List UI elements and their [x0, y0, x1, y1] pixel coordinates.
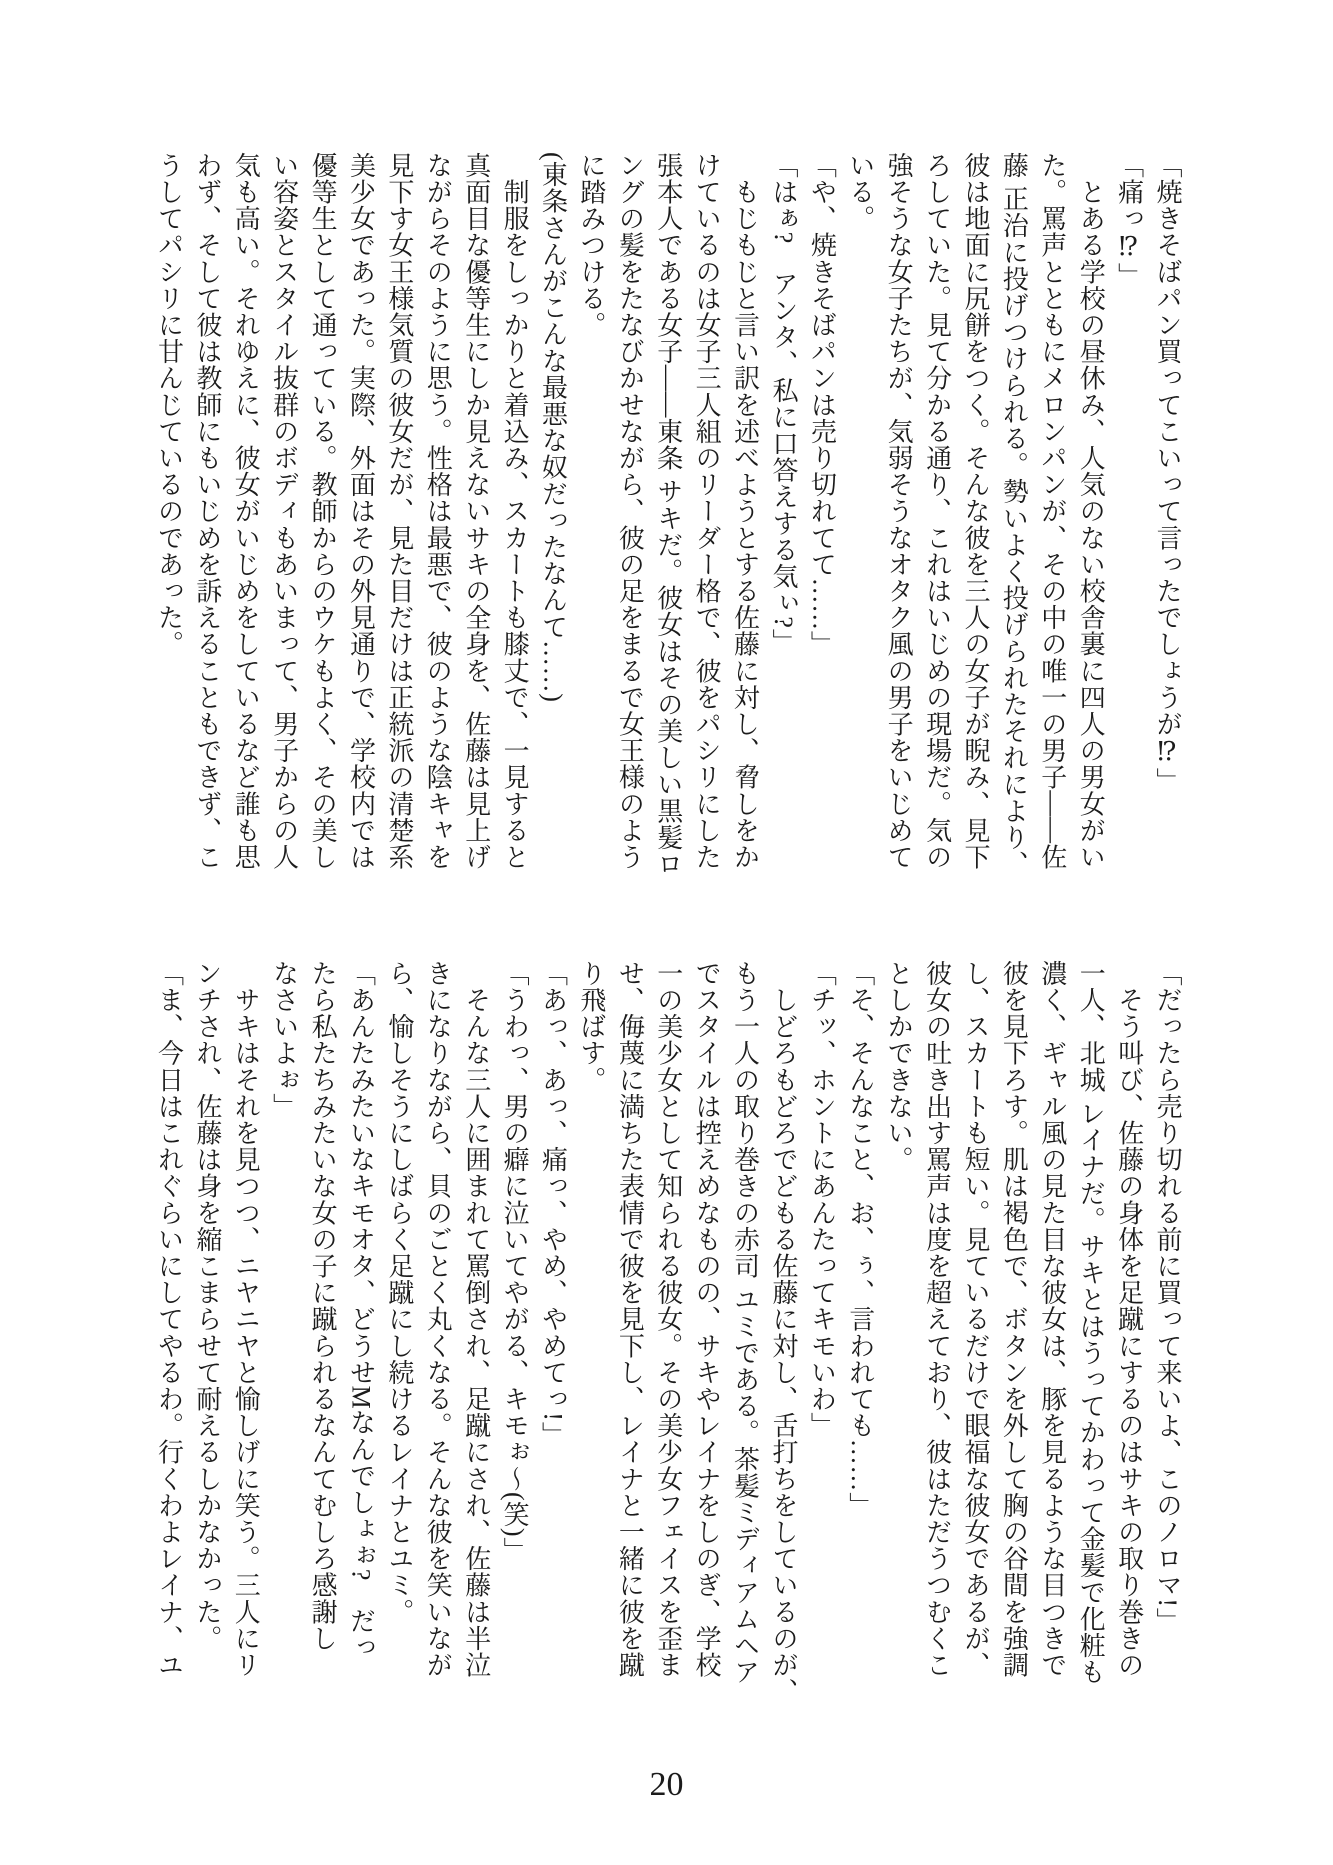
text-column: 「そ、そんなこと、お、ぅ、言われても……」 [840, 960, 878, 1708]
text-column: そんな三人に囲まれて罵倒され、足蹴にされ、佐藤は半泣 [456, 960, 494, 1708]
text-column: 「うわっ、男の癖に泣いてやがる、キモぉ〜(笑)」 [495, 960, 533, 1708]
text-column: い容姿とスタイル抜群のボディもあいまって、男子からの人 [264, 152, 302, 900]
text-column: 強そうな女子たちが、気弱そうなオタク風の男子をいじめて [879, 152, 917, 900]
text-column: でスタイルは控えめなものの、サキやレイナをしのぎ、学校 [687, 960, 725, 1708]
text-column: としかできない。 [879, 960, 917, 1708]
text-column: 藤 正治に投げつけられる。勢いよく投げられたそれにより、 [994, 152, 1032, 900]
text-column: もう一人の取り巻きの赤司 ユミである。茶髪ミディアムヘア [725, 960, 763, 1708]
text-column: ら、愉しそうにしばらく足蹴にし続けるレイナとユミ。 [379, 960, 417, 1708]
text-column: もじもじと言い訳を述べようとする佐藤に対し、脅しをか [725, 152, 763, 900]
text-column: 制服をしっかりと着込み、スカートも膝丈で、一見すると [495, 152, 533, 900]
text-column: 彼女の吐き出す罵声は度を超えており、彼はただうつむくこ [917, 960, 955, 1708]
text-column: わず、そして彼は教師にもいじめを訴えることもできず、こ [187, 152, 225, 900]
text-column: せ、侮蔑に満ちた表情で彼を見下し、レイナと一緒に彼を蹴 [610, 960, 648, 1708]
text-column: ながらそのように思う。性格は最悪で、彼のような陰キャを [418, 152, 456, 900]
text-column: 「焼きそばパン買ってこいって言ったでしょうが⁉」 [1148, 152, 1186, 900]
text-column: ングの髪をたなびかせながら、彼の足をまるで女王様のよう [610, 152, 648, 900]
text-column: に踏みつける。 [572, 152, 610, 900]
text-column: た。罵声とともにメロンパンが、その中の唯一の男子――佐 [1032, 152, 1070, 900]
text-column: 「だったら売り切れる前に買って来いよ、このノロマ!」 [1148, 960, 1186, 1708]
text-column: とある学校の昼休み、人気のない校舎裏に四人の男女がい [1071, 152, 1109, 900]
text-column: きになりながら、貝のごとく丸くなる。そんな彼を笑いなが [418, 960, 456, 1708]
text-column: しどろもどろでどもる佐藤に対し、舌打ちをしているのが、 [764, 960, 802, 1708]
text-column: 見下す女王様気質の彼女だが、見た目だけは正統派の清楚系 [379, 152, 417, 900]
text-column: いる。 [840, 152, 878, 900]
text-column: 張本人である女子――東条 サキだ。彼女はその美しい黒髪ロ [648, 152, 686, 900]
text-column: 気も高い。それゆえに、彼女がいじめをしているなど誰も思 [226, 152, 264, 900]
text-column: なさいよぉ」 [264, 960, 302, 1708]
text-column: たら私たちみたいな女の子に蹴られるなんてむしろ感謝し [303, 960, 341, 1708]
text-column: し、スカートも短い。見ているだけで眼福な彼女であるが、 [956, 960, 994, 1708]
text-column: 「はぁ? アンタ、私に口答えする気ぃ?」 [764, 152, 802, 900]
text-column: うしてパシリに甘んじているのであった。 [149, 152, 187, 900]
text-column: 美少女であった。実際、外面はその外見通りで、学校内では [341, 152, 379, 900]
text-column: 彼を見下ろす。肌は褐色で、ボタンを外して胸の谷間を強調 [994, 960, 1032, 1708]
novel-page: { "colors": { "background": "#ffffff", "… [0, 0, 1333, 1865]
text-column: 真面目な優等生にしか見えないサキの全身を、佐藤は見上げ [456, 152, 494, 900]
text-column: 濃く、ギャル風の見た目な彼女は、豚を見るような目つきで [1032, 960, 1070, 1708]
bottom-text-block: 「だったら売り切れる前に買って来いよ、このノロマ!」 そう叫び、佐藤の身体を足蹴… [149, 960, 1186, 1708]
text-column: 一人、北城 レイナだ。サキとはうってかわって金髪で化粧も [1071, 960, 1109, 1708]
text-column: ろしていた。見て分かる通り、これはいじめの現場だ。気の [917, 152, 955, 900]
text-column: 「ま、今日はこれぐらいにしてやるわ。行くわよレイナ、ユ [149, 960, 187, 1708]
text-column: 「あんたみたいなキモオタ、どうせMなんでしょぉ? だっ [341, 960, 379, 1708]
top-text-block: 「焼きそばパン買ってこいって言ったでしょうが⁉」 「痛っ⁉」 とある学校の昼休み… [149, 152, 1186, 900]
text-column: 一の美少女として知られる彼女。その美少女フェイスを歪ま [648, 960, 686, 1708]
text-column: (東条さんがこんな最悪な奴だったなんて……) [533, 152, 571, 900]
page-number: 20 [0, 1766, 1333, 1804]
text-column: 「チッ、ホントにあんたってキモいわ」 [802, 960, 840, 1708]
text-column: けているのは女子三人組のリーダー格で、彼をパシリにした [687, 152, 725, 900]
text-column: 「痛っ⁉」 [1109, 152, 1147, 900]
text-column: 「や、焼きそばパンは売り切れてて……」 [802, 152, 840, 900]
text-column: 優等生として通っている。教師からのウケもよく、その美し [303, 152, 341, 900]
text-column: 彼は地面に尻餅をつく。そんな彼を三人の女子が睨み、見下 [956, 152, 994, 900]
text-column: そう叫び、佐藤の身体を足蹴にするのはサキの取り巻きの [1109, 960, 1147, 1708]
text-column: ンチされ、佐藤は身を縮こまらせて耐えるしかなかった。 [187, 960, 225, 1708]
text-column: 「あっ、あっ、痛っ、やめ、やめてっ!」 [533, 960, 571, 1708]
text-column: サキはそれを見つつ、ニヤニヤと愉しげに笑う。三人にリ [226, 960, 264, 1708]
text-column: り飛ばす。 [572, 960, 610, 1708]
